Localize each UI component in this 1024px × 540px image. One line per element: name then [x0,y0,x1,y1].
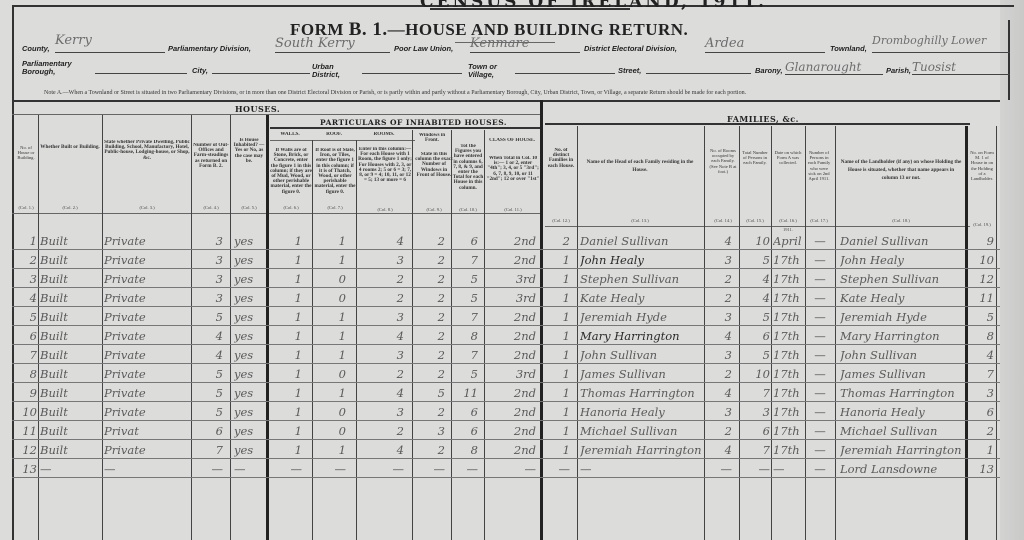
rooms-occupied: 4 [708,232,732,251]
form-m1-number: 8 [968,327,994,346]
form-m1-number: 12 [968,270,994,289]
house-number: 4 [15,289,37,308]
city-field[interactable] [212,66,310,74]
inhabited: yes [234,270,266,289]
windows-value: 2 [415,232,445,251]
poor-law-union-field[interactable]: Kenmare [470,36,580,53]
parliamentary-borough-label: Parliamentary Borough, [22,60,92,76]
parish-label: Parish, [886,66,911,75]
house-number: 9 [15,384,37,403]
windows-value: 5 [415,384,445,403]
out-offices: 3 [193,270,223,289]
persons-count: 6 [740,327,770,346]
house-number: 12 [15,441,37,460]
inhabited: yes [234,384,266,403]
walls-value: 1 [270,346,302,365]
date-collected: 17th [773,346,805,365]
date-collected: 17th [773,422,805,441]
section-houses: HOUSES. [235,104,280,114]
families-count: 1 [546,289,570,308]
col8-header: Enter in this column:— For each House wi… [358,147,412,183]
walls-value: 1 [270,289,302,308]
roof-value: 0 [314,270,346,289]
families-count: 1 [546,422,570,441]
landholder-name: Stephen Sullivan [840,270,964,289]
rooms-occupied: 3 [708,346,732,365]
families-count: 1 [546,346,570,365]
roof-value: 1 [314,232,346,251]
rooms-occupied: 4 [708,441,732,460]
walls-value: 1 [270,441,302,460]
out-offices: 4 [193,327,223,346]
persons-count: 7 [740,384,770,403]
house-number: 8 [15,365,37,384]
rooms-value: 2 [358,422,404,441]
families-count: 1 [546,365,570,384]
rooms-value: 4 [358,384,404,403]
col2-header: Whether Built or Building. [40,142,100,152]
built-status: Built [40,308,100,327]
families-header-bottom [545,226,970,227]
inhabited: yes [234,251,266,270]
house-number: 7 [15,346,37,365]
total-value: 5 [452,270,478,289]
colnum-1: (Col. 1.) [15,205,37,210]
landholder-name: Daniel Sullivan [840,232,964,251]
windows-value: 2 [415,251,445,270]
rooms-value: — [358,460,404,479]
parliamentary-borough-field[interactable] [95,66,187,74]
colnum-6: (Col. 6.) [270,205,312,210]
built-status: Built [40,251,100,270]
persons-count: 10 [740,365,770,384]
windows-value: 2 [415,365,445,384]
class-value: 2nd [486,403,536,422]
walls-value: 1 [270,327,302,346]
rooms-value: 2 [358,289,404,308]
col18-header: Name of the Landholder (if any) on whose… [840,158,962,182]
windows-value: 2 [415,289,445,308]
parish-field[interactable]: Tuosist [912,60,1010,75]
colnum-9: (Col. 9.) [415,207,453,212]
title-underline [430,8,630,10]
families-count: 1 [546,308,570,327]
families-count: 1 [546,270,570,289]
persons-count: 5 [740,251,770,270]
form-m1-number: 6 [968,403,994,422]
census-form-sheet: CENSUS OF IRELAND, 1911. FORM B. 1.—HOUS… [0,0,1024,540]
rooms-occupied: 2 [708,365,732,384]
inhabited: yes [234,327,266,346]
landholder-name: John Healy [840,251,964,270]
head-of-family: Michael Sullivan [580,422,702,441]
families-rule [545,123,970,125]
col19-header: No. on Form M. 1 of House in on the Hold… [970,150,994,181]
built-status: Built [40,422,100,441]
building-type: Private [104,270,190,289]
head-of-family: Hanoria Healy [580,403,702,422]
date-collected: 17th [773,251,805,270]
head-of-family: Mary Harrington [580,327,702,346]
rooms-value: 3 [358,308,404,327]
date-collected: 17th [773,327,805,346]
total-value: 7 [452,346,478,365]
building-type: Private [104,365,190,384]
building-type: Private [104,441,190,460]
walls-value: 1 [270,270,302,289]
rooms-value: 4 [358,232,404,251]
head-of-family: James Sullivan [580,365,702,384]
rooms-occupied: 4 [708,384,732,403]
col4-header: Number of Out-Offices and Farm-steadings… [193,143,229,169]
class-value: 2nd [486,232,536,251]
total-value: 6 [452,403,478,422]
sick-count: — [806,346,834,365]
ded-label: District Electoral Division, [584,44,677,53]
persons-count: 4 [740,270,770,289]
barony-label: Barony, [755,66,783,75]
inhabited: — [234,460,266,479]
total-value: 7 [452,308,478,327]
particulars-rule [270,127,542,129]
landholder-name: Hanoria Healy [840,403,964,422]
windows-value: 2 [415,308,445,327]
col-divider [356,140,357,540]
date-collected: 17th [773,308,805,327]
rooms-occupied: 4 [708,327,732,346]
form-m1-number: 1 [968,441,994,460]
urban-district-field[interactable] [362,66,462,74]
col1-header: No. of House or Building. [15,145,37,161]
inhabited: yes [234,365,266,384]
sick-count: — [806,441,834,460]
section-particulars: PARTICULARS OF INHABITED HOUSES. [320,118,507,127]
form-m1-number: 7 [968,365,994,384]
roof-value: 1 [314,384,346,403]
total-value: 6 [452,232,478,251]
poor-law-union-label: Poor Law Union, [394,44,453,53]
landholder-name: Thomas Harrington [840,384,964,403]
class-value: 2nd [486,308,536,327]
colnum-7: (Col. 7.) [314,205,356,210]
roof-value: 1 [314,346,346,365]
landholder-name: James Sullivan [840,365,964,384]
out-offices: 5 [193,403,223,422]
total-value: 8 [452,441,478,460]
walls-value: 1 [270,422,302,441]
windows-value: 2 [415,403,445,422]
colnum-18: (Col. 18.) [840,218,962,223]
out-offices: 5 [193,384,223,403]
built-status: Built [40,403,100,422]
walls-value: 1 [270,232,302,251]
walls-value: — [270,460,302,479]
street-label: Street, [618,66,641,75]
date-collected: 17th [773,441,805,460]
out-offices: 7 [193,441,223,460]
class-value: 2nd [486,422,536,441]
date-collected: 17th [773,270,805,289]
col5-header: Is House Inhabited? — Yes or No, as the … [232,138,266,164]
landholder-name: Jeremiah Hyde [840,308,964,327]
rooms-value: 4 [358,441,404,460]
form-m1-number: 4 [968,346,994,365]
col13-header: Name of the Head of each Family residing… [580,158,700,174]
out-offices: 5 [193,308,223,327]
note-rule [12,100,1000,102]
walls-value: 1 [270,384,302,403]
landholder-name: Jeremiah Harrington [840,441,964,460]
persons-count: 10 [740,232,770,251]
colnum-11: (Col. 11.) [486,207,540,212]
sick-count: — [806,270,834,289]
building-type: — [104,460,190,479]
built-status: Built [40,270,100,289]
persons-count: 6 [740,422,770,441]
col14-header: No. of Rooms occupied by each Family. (S… [708,148,738,174]
total-value: 5 [452,365,478,384]
total-value: — [452,460,478,479]
building-type: Private [104,384,190,403]
windows-value: 2 [415,441,445,460]
subhdr-rooms: ROOMS. [358,132,410,137]
built-status: Built [40,327,100,346]
out-offices: 3 [193,232,223,251]
building-type: Private [104,232,190,251]
out-offices: 3 [193,289,223,308]
ded-field[interactable]: Ardea [705,36,825,53]
class-value: 3rd [486,289,536,308]
windows-value: 2 [415,327,445,346]
form-m1-number: 9 [968,232,994,251]
walls-value: 1 [270,403,302,422]
colnum-17: (Col. 17.) [806,218,832,223]
head-of-family: Stephen Sullivan [580,270,702,289]
house-number: 11 [15,422,37,441]
rooms-occupied: 3 [708,251,732,270]
built-status: Built [40,384,100,403]
families-count: 2 [546,232,570,251]
rooms-occupied: 2 [708,270,732,289]
persons-count: 5 [740,308,770,327]
barony-field[interactable]: Glanarought [785,60,883,75]
sick-count: — [806,327,834,346]
landholder-name: Kate Healy [840,289,964,308]
col-divider [540,100,543,540]
colnum-19: (Col. 19.) [970,222,994,227]
roof-value: 0 [314,289,346,308]
rooms-occupied: 3 [708,308,732,327]
subhdr-rule [270,140,415,141]
house-number: 1 [15,232,37,251]
landholder-name: Lord Lansdowne [840,460,964,479]
col7-header: If Roof is of Slate, Iron, or Tiles, ent… [314,148,356,195]
roof-value: 0 [314,422,346,441]
roof-value: 0 [314,365,346,384]
built-status: Built [40,232,100,251]
built-status: — [40,460,100,479]
townland-field[interactable]: Dromboghilly Lower [872,34,1010,53]
class-value: 2nd [486,384,536,403]
class-value: 2nd [486,251,536,270]
rooms-value: 2 [358,270,404,289]
colnum-15: (Col. 15.) [740,218,770,223]
form-m1-number: 5 [968,308,994,327]
sick-count: — [806,289,834,308]
date-collected: 17th [773,384,805,403]
colnum-5: (Col. 5.) [232,205,266,210]
out-offices: 6 [193,422,223,441]
landholder-name: Mary Harrington [840,327,964,346]
roof-value: 1 [314,251,346,270]
houses-rule [12,114,540,115]
house-number: 5 [15,308,37,327]
col10-header: Tot the Figures you have entered in colu… [452,144,484,191]
class-value: 3rd [486,270,536,289]
subhdr-class: CLASS OF HOUSE. [484,138,540,143]
inhabited: yes [234,289,266,308]
building-type: Private [104,289,190,308]
col9-header: State in this column the exact Number of… [415,152,453,178]
windows-value: 2 [415,270,445,289]
walls-value: 1 [270,365,302,384]
windows-value: 2 [415,346,445,365]
town-village-field[interactable] [515,66,615,74]
inhabited: yes [234,422,266,441]
form-m1-number: 2 [968,422,994,441]
date-collected: — [773,460,805,479]
head-of-family: Jeremiah Harrington [580,441,702,460]
persons-count: 3 [740,403,770,422]
families-count: 1 [546,327,570,346]
rooms-value: 3 [358,251,404,270]
date-collected: 17th [773,365,805,384]
sick-count: — [806,422,834,441]
walls-value: 1 [270,308,302,327]
rooms-value: 2 [358,365,404,384]
colnum-14: (Col. 14.) [708,218,738,223]
house-number: 10 [15,403,37,422]
inhabited: yes [234,232,266,251]
building-type: Private [104,346,190,365]
landholder-name: Michael Sullivan [840,422,964,441]
sick-count: — [806,460,834,479]
rooms-occupied: 2 [708,422,732,441]
county-label: County, [22,44,50,53]
class-value: 2nd [486,441,536,460]
building-type: Private [104,251,190,270]
class-value: 3rd [486,365,536,384]
families-count: 1 [546,441,570,460]
head-of-family: Daniel Sullivan [580,232,702,251]
form-m1-number: 10 [968,251,994,270]
sick-count: — [806,308,834,327]
roof-value: 1 [314,441,346,460]
col-divider [412,130,413,540]
county-field[interactable]: Kerry [55,33,165,53]
census-title: CENSUS OF IRELAND, 1911. [420,0,767,12]
col6-header: If Walls are of Stone, Brick, or Concret… [270,148,312,195]
note-a: Note A.—When a Townland or Street is sit… [44,90,746,96]
total-value: 8 [452,327,478,346]
built-status: Built [40,289,100,308]
colnum-13: (Col. 13.) [580,218,700,223]
town-village-label: Town or Village, [468,63,510,79]
colnum-2: (Col. 2.) [40,205,100,210]
col12-header: No. of distinct Families in each House. [546,148,576,169]
subhdr-windows: Windows in Front. [413,133,451,143]
street-field[interactable] [646,66,751,74]
col11-header: When Total in Col. 10 is:— 1 or 2, enter… [486,156,540,182]
class-value: 2nd [486,346,536,365]
sick-count: — [806,365,834,384]
class-value: — [486,460,536,479]
windows-value: — [415,460,445,479]
col15-header: Total Number of Persons in each Family. [740,150,770,166]
building-type: Privat [104,422,190,441]
colnum-12: (Col. 12.) [546,218,576,223]
form-m1-number: 3 [968,384,994,403]
parliamentary-division-field[interactable]: South Kerry [275,36,390,53]
built-status: Built [40,365,100,384]
head-of-family: Jeremiah Hyde [580,308,702,327]
city-label: City, [192,66,208,75]
walls-value: 1 [270,251,302,270]
sick-count: — [806,232,834,251]
inhabited: yes [234,441,266,460]
form-m1-number: 13 [968,460,994,479]
building-type: Private [104,403,190,422]
col16-header: Date on which Form A was collected. [773,150,803,166]
built-status: Built [40,441,100,460]
house-number: 13 [15,460,37,479]
inhabited: yes [234,403,266,422]
sick-count: — [806,384,834,403]
colnum-16: (Col. 16.) [773,218,803,223]
rooms-value: 3 [358,346,404,365]
out-offices: 4 [193,346,223,365]
houses-header-bottom [12,213,542,214]
total-value: 5 [452,289,478,308]
inhabited: yes [234,308,266,327]
rooms-occupied: — [708,460,732,479]
families-count: 1 [546,251,570,270]
families-count: — [546,460,570,479]
parliamentary-division-label: Parliamentary Division, [168,44,251,53]
head-of-family: John Healy [580,251,702,270]
rooms-value: 4 [358,327,404,346]
colnum-10: (Col. 10.) [452,207,484,212]
built-status: Built [40,346,100,365]
roof-value: 1 [314,308,346,327]
colnum-3: (Col. 3.) [104,205,190,210]
colnum-4: (Col. 4.) [193,205,229,210]
col-divider [484,130,485,540]
persons-count: — [740,460,770,479]
inhabited: yes [234,346,266,365]
head-of-family: — [580,460,702,479]
rooms-occupied: 2 [708,289,732,308]
date-collected: 17th [773,403,805,422]
families-count: 1 [546,403,570,422]
out-offices: 5 [193,365,223,384]
class-value: 2nd [486,327,536,346]
subhdr-roof: ROOF. [314,132,354,137]
roof-value: 1 [314,327,346,346]
windows-value: 3 [415,422,445,441]
house-number: 2 [15,251,37,270]
col17-header: Number of Persons in each Family who wer… [806,150,832,181]
